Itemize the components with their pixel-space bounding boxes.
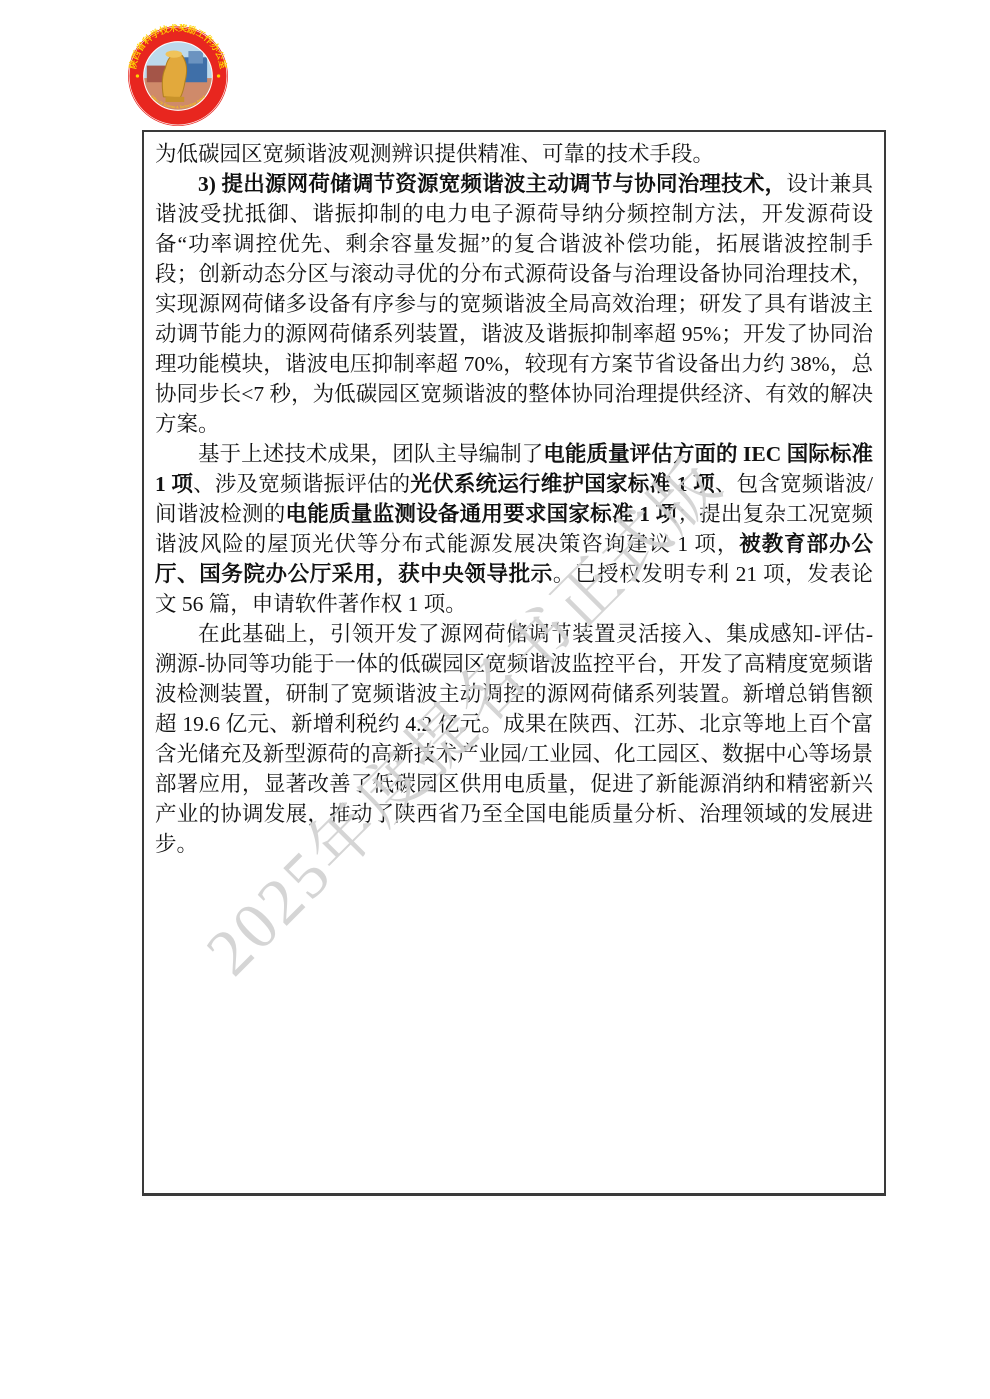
text-segment: 基于上述技术成果，团队主导编制了 (198, 442, 543, 466)
paragraph-continuation: 为低碳园区宽频谐波观测辨识提供精准、可靠的技术手段。 (155, 139, 873, 169)
seal-graphic: 陕西省科学技术奖励工作办公室 Office Of Science & Techn… (126, 24, 230, 128)
text-segment-bold: 光伏系统运行维护国家标准 1 项 (410, 472, 714, 496)
text-segment-bold: 电能质量监测设备通用要求国家标准 1 项 (286, 502, 678, 526)
paragraph-technology-3: 3) 提出源网荷储调节资源宽频谐波主动调节与协同治理技术，设计兼具谐波受扰抵御、… (155, 169, 873, 439)
text-segment-bold: 3) 提出源网荷储调节资源宽频谐波主动调节与协同治理技术， (198, 172, 786, 196)
document-page: 陕西省科学技术奖励工作办公室 Office Of Science & Techn… (0, 0, 990, 1399)
seal-left-star (136, 74, 139, 77)
award-office-seal: 陕西省科学技术奖励工作办公室 Office Of Science & Techn… (126, 24, 230, 128)
text-segment: 在此基础上，引领开发了源网荷储调节装置灵活接入、集成感知-评估-溯源-协同等功能… (155, 622, 873, 856)
text-segment: 为低碳园区宽频谐波观测辨识提供精准、可靠的技术手段。 (155, 142, 714, 166)
seal-right-star (217, 74, 220, 77)
paragraph-standards: 基于上述技术成果，团队主导编制了电能质量评估方面的 IEC 国际标准 1 项、涉… (155, 439, 873, 619)
text-segment: 设计兼具谐波受扰抵御、谐振抑制的电力电子源荷导纳分频控制方法，开发源荷设备“功率… (155, 172, 873, 436)
text-segment: 、涉及宽频谐振评估的 (193, 472, 410, 496)
body-text: 为低碳园区宽频谐波观测辨识提供精准、可靠的技术手段。 3) 提出源网荷储调节资源… (144, 132, 884, 859)
content-box: 为低碳园区宽频谐波观测辨识提供精准、可靠的技术手段。 3) 提出源网荷储调节资源… (142, 130, 886, 1196)
paragraph-application: 在此基础上，引领开发了源网荷储调节装置灵活接入、集成感知-评估-溯源-协同等功能… (155, 619, 873, 859)
